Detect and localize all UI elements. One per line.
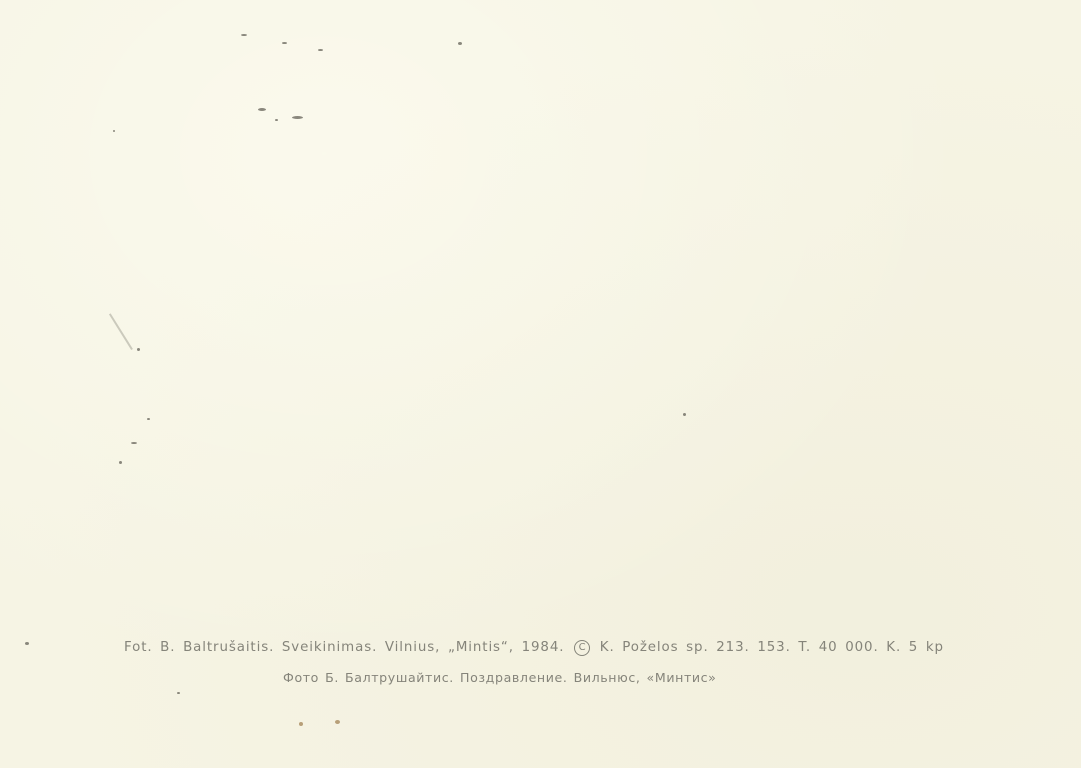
paper-speck — [137, 348, 140, 351]
paper-speck — [119, 461, 122, 464]
imprint-cyrillic-line: Фото Б. Балтрушайтис. Поздравление. Виль… — [283, 670, 1081, 685]
imprint-cyrillic-text: Фото Б. Балтрушайтис. Поздравление. Виль… — [283, 670, 717, 685]
paper-speck — [131, 442, 137, 444]
paper-speck — [683, 413, 686, 416]
paper-scratch — [109, 313, 133, 349]
paper-speck — [25, 642, 29, 645]
imprint-latin-part2: K. Poželos sp. 213. 153. T. 40 000. K. 5… — [600, 640, 944, 655]
paper-speck — [458, 42, 462, 45]
paper-speck — [177, 692, 180, 694]
paper-speck — [113, 130, 115, 132]
paper-speck — [299, 722, 303, 726]
copyright-icon: C — [574, 640, 590, 656]
paper-speck — [147, 418, 150, 420]
imprint-latin-line: Fot. B. Baltrušaitis. Sveikinimas. Vilni… — [124, 640, 1081, 656]
paper-speck — [275, 119, 278, 121]
postcard-back: Fot. B. Baltrušaitis. Sveikinimas. Vilni… — [0, 0, 1081, 768]
paper-speck — [241, 34, 247, 36]
paper-speck — [292, 116, 303, 119]
paper-speck — [335, 720, 340, 724]
paper-speck — [318, 49, 323, 51]
paper-speck — [282, 42, 287, 44]
imprint-latin-part1: Fot. B. Baltrušaitis. Sveikinimas. Vilni… — [124, 640, 564, 655]
paper-speck — [258, 108, 266, 111]
